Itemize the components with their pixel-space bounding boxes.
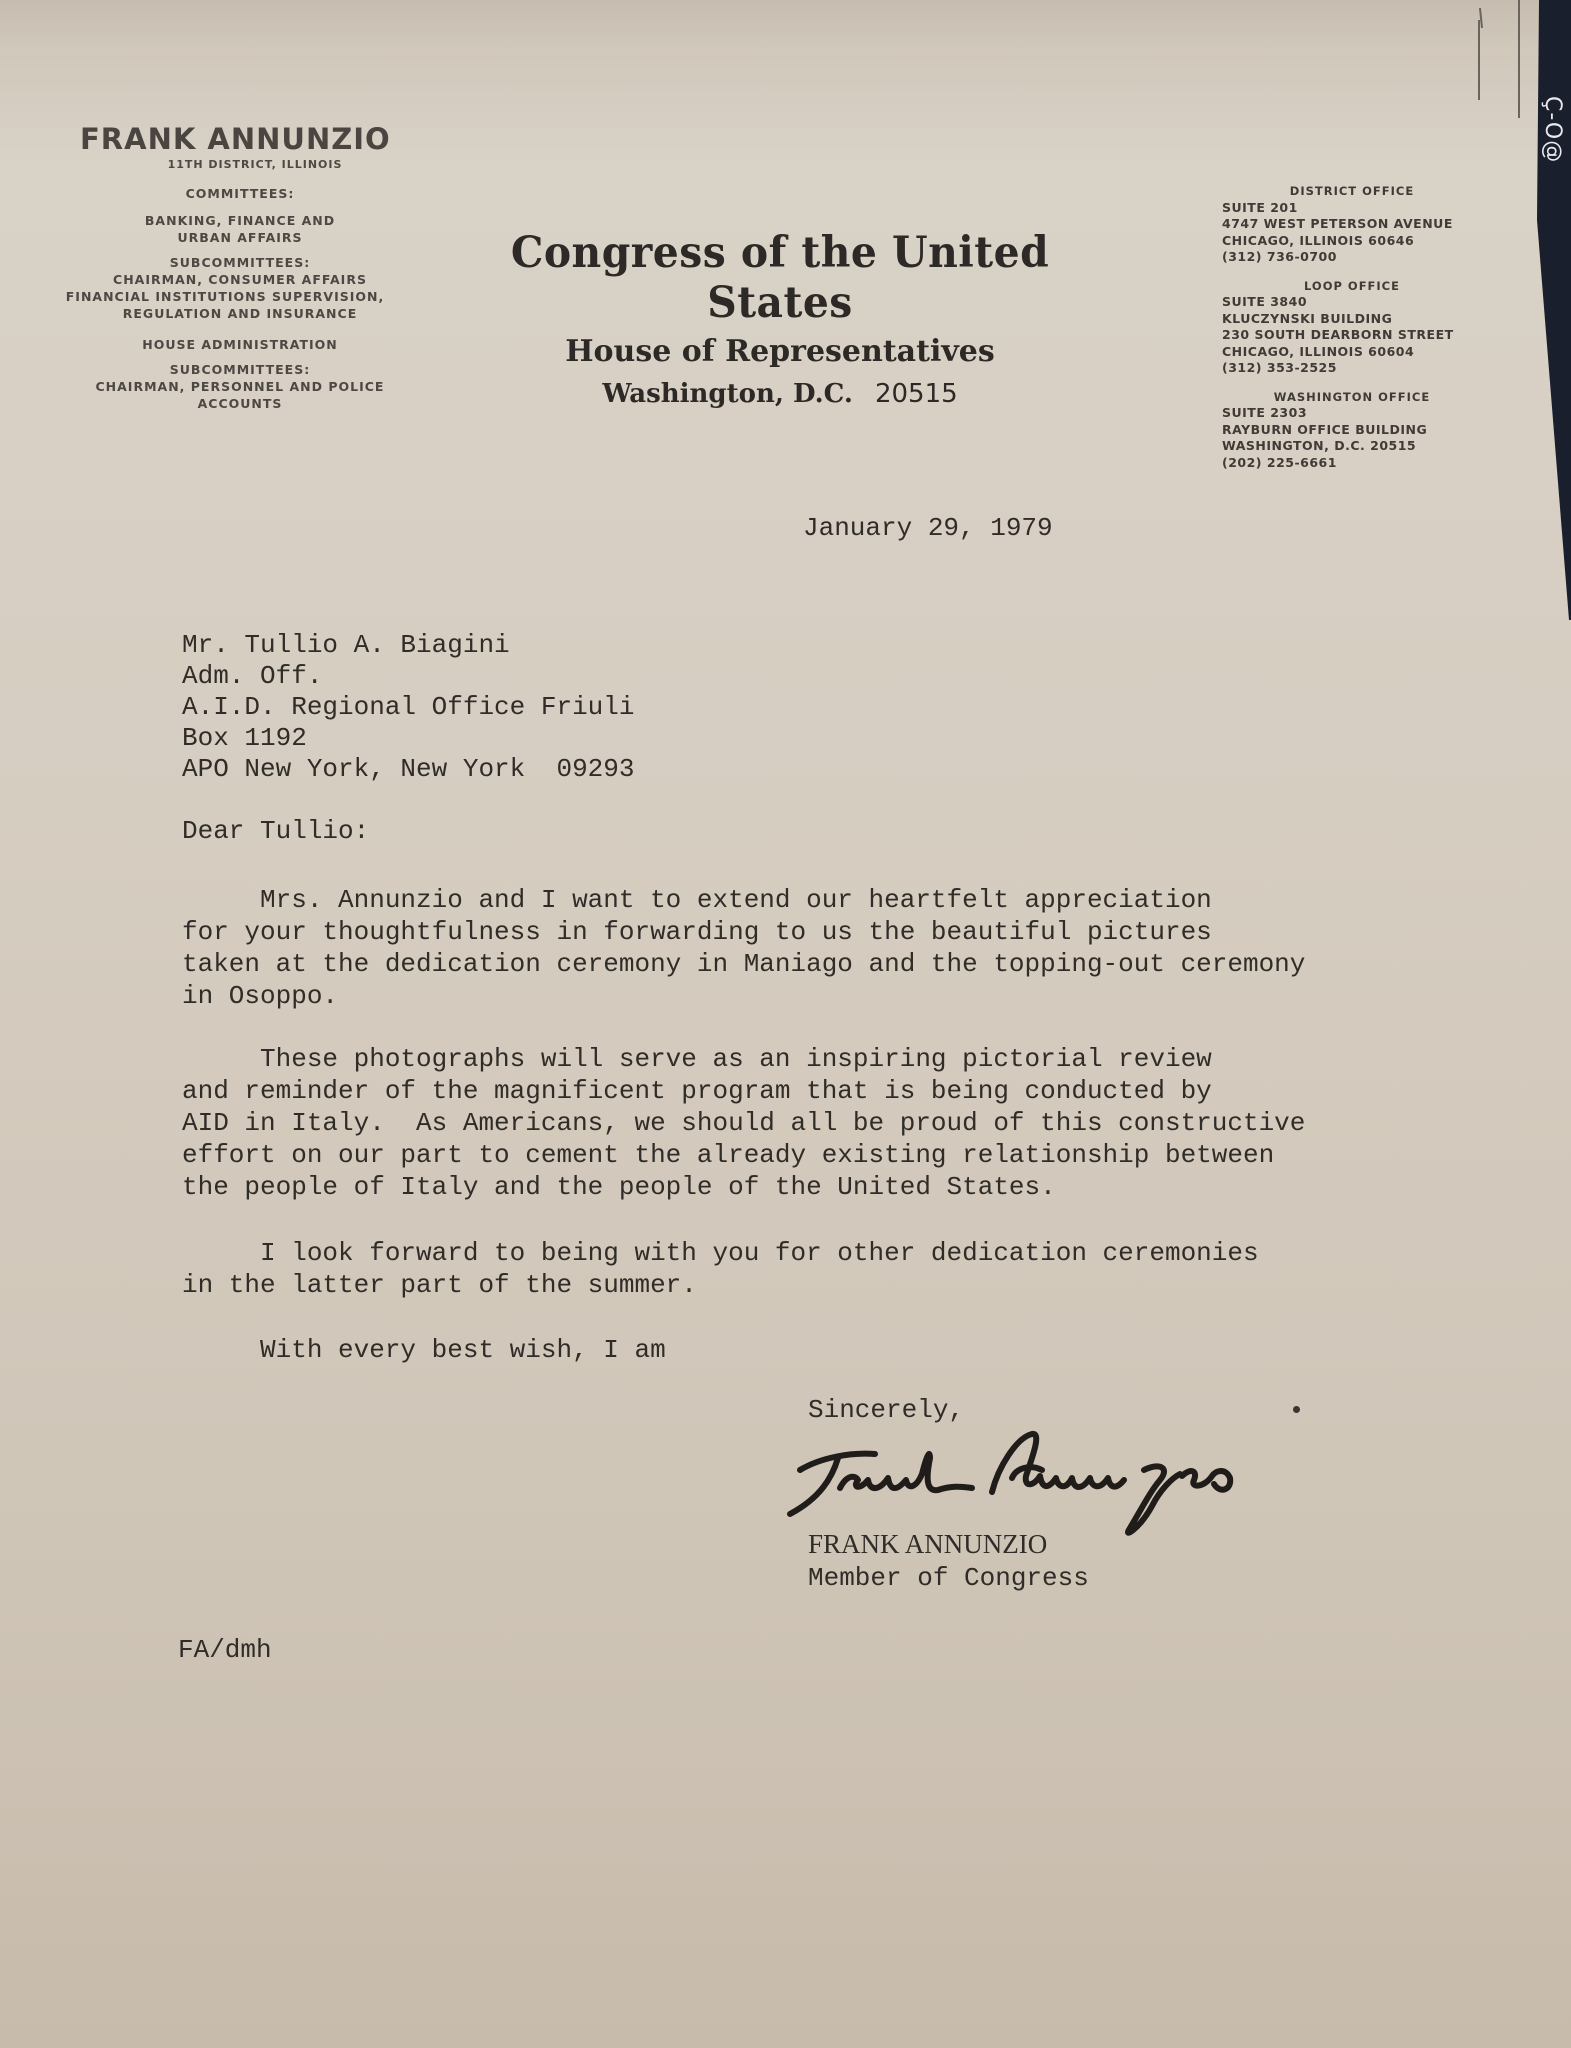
office-line: (312) 736-0700: [1222, 249, 1482, 266]
committee-name: BANKING, FINANCE AND: [40, 212, 440, 229]
office-line: CHICAGO, ILLINOIS 60604: [1222, 344, 1482, 361]
background-edge-text: Ç-O@: [1540, 96, 1565, 163]
background-surface: [1511, 0, 1571, 620]
letterhead-seal-text: Congress of the United States House of R…: [440, 228, 1120, 409]
subcommittee: CHAIRMAN, PERSONNEL AND POLICE: [40, 378, 440, 395]
body-line: in the latter part of the summer.: [182, 1269, 1422, 1301]
body-line: Mrs. Annunzio and I want to extend our h…: [182, 884, 1422, 916]
recipient-line: A.I.D. Regional Office Friuli: [182, 692, 634, 723]
body-paragraph: These photographs will serve as an inspi…: [182, 1043, 1422, 1203]
letterhead-house: House of Representatives: [440, 334, 1120, 369]
letterhead-congress: Congress of the United States: [457, 228, 1103, 328]
signer-title: Member of Congress: [808, 1561, 1089, 1595]
subcommittee: CHAIRMAN, CONSUMER AFFAIRS: [40, 271, 440, 288]
body-line: AID in Italy. As Americans, we should al…: [182, 1107, 1422, 1139]
body-line: With every best wish, I am: [182, 1334, 1422, 1366]
body-line: and reminder of the magnificent program …: [182, 1075, 1422, 1107]
office-washington: WASHINGTON OFFICE SUITE 2303 RAYBURN OFF…: [1222, 389, 1482, 472]
letterhead-district: 11TH DISTRICT, ILLINOIS: [70, 158, 440, 171]
committee-name: URBAN AFFAIRS: [40, 229, 440, 246]
signer-block: FRANK ANNUNZIO Member of Congress: [808, 1527, 1089, 1595]
reference-initials: FA/dmh: [178, 1635, 272, 1665]
salutation: Dear Tullio:: [182, 816, 369, 846]
body-line: the people of Italy and the people of th…: [182, 1171, 1422, 1203]
office-line: (312) 353-2525: [1222, 360, 1482, 377]
office-line: SUITE 2303: [1222, 405, 1482, 422]
office-heading: LOOP OFFICE: [1222, 278, 1482, 295]
subcommittee: REGULATION AND INSURANCE: [40, 305, 440, 322]
body-paragraph: I look forward to being with you for oth…: [182, 1237, 1422, 1301]
signature-graphic: [780, 1418, 1310, 1538]
office-line: KLUCZYNSKI BUILDING: [1222, 311, 1482, 328]
office-line: 230 SOUTH DEARBORN STREET: [1222, 327, 1482, 344]
letterhead-city-name: Washington, D.C.: [602, 379, 853, 409]
subcommittee: ACCOUNTS: [40, 395, 440, 412]
recipient-line: Box 1192: [182, 723, 634, 754]
body-line: taken at the dedication ceremony in Mani…: [182, 948, 1422, 980]
office-line: (202) 225-6661: [1222, 455, 1482, 472]
ink-dot: [1293, 1406, 1300, 1413]
recipient-line: Mr. Tullio A. Biagini: [182, 630, 634, 661]
body-paragraph: With every best wish, I am: [182, 1334, 1422, 1366]
pen-mark: [1478, 20, 1480, 100]
body-paragraph: Mrs. Annunzio and I want to extend our h…: [182, 884, 1422, 1012]
body-line: I look forward to being with you for oth…: [182, 1237, 1422, 1269]
letterhead-zip: 20515: [875, 379, 958, 409]
office-loop: LOOP OFFICE SUITE 3840 KLUCZYNSKI BUILDI…: [1222, 278, 1482, 377]
paper-top-edge: [0, 0, 1571, 55]
body-line: effort on our part to cement the already…: [182, 1139, 1422, 1171]
office-line: SUITE 3840: [1222, 294, 1482, 311]
office-heading: WASHINGTON OFFICE: [1222, 389, 1482, 406]
subcommittees-heading: SUBCOMMITTEES:: [40, 254, 440, 271]
subcommittee: FINANCIAL INSTITUTIONS SUPERVISION,: [10, 288, 440, 305]
office-line: WASHINGTON, D.C. 20515: [1222, 438, 1482, 455]
office-line: SUITE 201: [1222, 200, 1482, 217]
pen-mark: [1518, 0, 1520, 118]
office-district: DISTRICT OFFICE SUITE 201 4747 WEST PETE…: [1222, 183, 1482, 266]
subcommittees-heading: SUBCOMMITTEES:: [40, 361, 440, 378]
committee-name: HOUSE ADMINISTRATION: [40, 336, 440, 353]
letterhead-city: Washington, D.C.20515: [440, 379, 1120, 409]
body-line: for your thoughtfulness in forwarding to…: [182, 916, 1422, 948]
letterhead-offices: DISTRICT OFFICE SUITE 201 4747 WEST PETE…: [1222, 183, 1482, 483]
signer-name: FRANK ANNUNZIO: [808, 1527, 1089, 1561]
recipient-line: APO New York, New York 09293: [182, 754, 634, 785]
signature: [780, 1418, 1310, 1543]
body-line: in Osoppo.: [182, 980, 1422, 1012]
letter-date: January 29, 1979: [803, 513, 1053, 543]
recipient-line: Adm. Off.: [182, 661, 634, 692]
body-line: These photographs will serve as an inspi…: [182, 1043, 1422, 1075]
office-line: CHICAGO, ILLINOIS 60646: [1222, 233, 1482, 250]
office-heading: DISTRICT OFFICE: [1222, 183, 1482, 200]
committees-heading: COMMITTEES:: [40, 185, 440, 202]
recipient-address: Mr. Tullio A. Biagini Adm. Off. A.I.D. R…: [182, 630, 634, 785]
letterhead-member-name: FRANK ANNUNZIO: [80, 122, 440, 156]
letterhead-member-block: FRANK ANNUNZIO 11TH DISTRICT, ILLINOIS C…: [40, 122, 440, 412]
office-line: 4747 WEST PETERSON AVENUE: [1222, 216, 1482, 233]
office-line: RAYBURN OFFICE BUILDING: [1222, 422, 1482, 439]
